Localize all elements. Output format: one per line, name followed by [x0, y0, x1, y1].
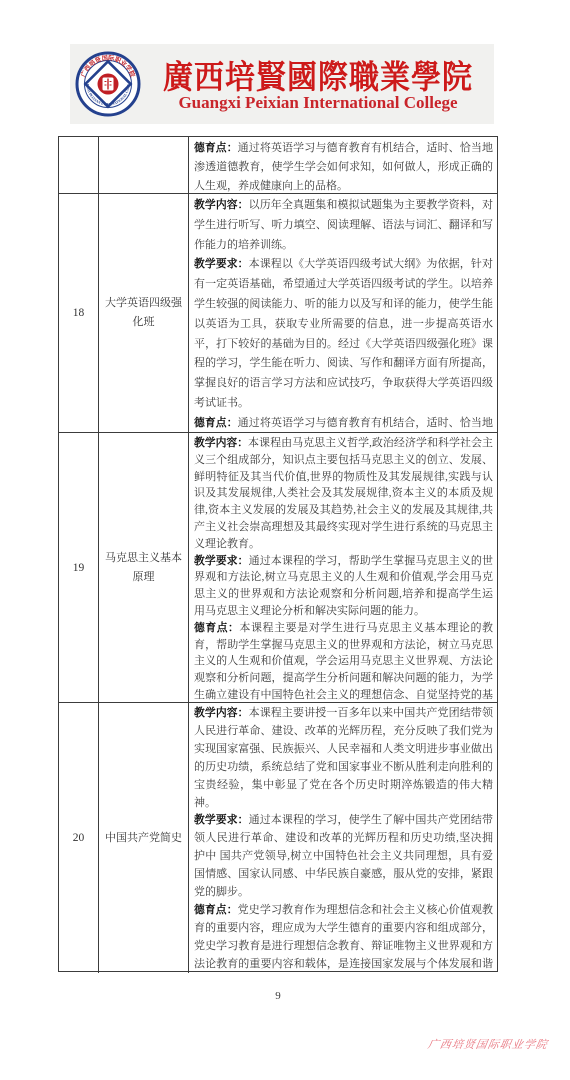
description-section: 德育点：本课程主要是对学生进行马克思主义基本理论的教育，帮助学生掌握马克思主义的…: [194, 620, 493, 702]
description-section: 德育点：通过将英语学习与德育教育有机结合，适时、恰当地渗透道德教育，使学生学会如…: [194, 414, 493, 432]
table-row: 德育点：通过将英语学习与德育教育有机结合，适时、恰当地渗透道德教育，使学生学会如…: [59, 137, 497, 194]
college-name-chinese: 廣西培賢國際職業學院: [146, 50, 490, 98]
description-section: 德育点：通过将英语学习与德育教育有机结合，适时、恰当地渗透道德教育，使学生学会如…: [194, 139, 493, 193]
table-row: 19 马克思主义基本原理 教学内容：本课程由马克思主义哲学,政治经济学和科学社会…: [59, 433, 497, 703]
description-section: 教学内容：本课程由马克思主义哲学,政治经济学和科学社会主义三个组成部分，知识点主…: [194, 435, 493, 553]
section-label: 教学要求：: [194, 555, 249, 567]
section-text: 本课程由马克思主义哲学,政治经济学和科学社会主义三个组成部分，知识点主要包括马克…: [194, 437, 493, 550]
course-description-cell: 教学内容：本课程主要讲授一百多年以来中国共产党团结带领人民进行革命、建设、改革的…: [189, 703, 497, 973]
description-section: 教学内容：本课程主要讲授一百多年以来中国共产党团结带领人民进行革命、建设、改革的…: [194, 705, 493, 812]
section-label: 教学内容：: [194, 707, 249, 719]
page-number: 9: [58, 990, 498, 1002]
section-label: 德育点：: [194, 622, 239, 634]
course-name-cell: 大学英语四级强化班: [99, 194, 189, 432]
course-description-cell: 德育点：通过将英语学习与德育教育有机结合，适时、恰当地渗透道德教育，使学生学会如…: [189, 137, 497, 193]
section-label: 教学内容：: [194, 199, 249, 211]
section-label: 德育点：: [194, 142, 238, 154]
course-number-cell: 20: [59, 703, 99, 973]
footer-watermark: 广西培贤国际职业学院: [427, 1036, 550, 1052]
course-table: 德育点：通过将英语学习与德育教育有机结合，适时、恰当地渗透道德教育，使学生学会如…: [58, 136, 498, 972]
course-number-cell: [59, 137, 99, 193]
section-text: 本课程以《大学英语四级考试大纲》为依据，针对有一定英语基础，希望通过大学英语四级…: [194, 258, 493, 409]
college-name-english: Guangxi Peixian International College: [146, 93, 490, 113]
course-number-cell: 18: [59, 194, 99, 432]
course-name-cell: 中国共产党简史: [99, 703, 189, 973]
section-label: 教学要求：: [194, 814, 249, 826]
table-row: 18 大学英语四级强化班 教学内容：以历年全真题集和模拟试题集为主要教学资料，对…: [59, 194, 497, 433]
table-row: 20 中国共产党简史 教学内容：本课程主要讲授一百多年以来中国共产党团结带领人民…: [59, 703, 497, 973]
section-text: 党史学习教育作为理想信念和社会主义核心价值观教育的重要内容，理应成为大学生德育的…: [194, 904, 493, 973]
section-text: 通过将英语学习与德育教育有机结合，适时、恰当地渗透道德教育，使学生学会如何求知，…: [194, 417, 493, 432]
college-seal-logo-icon: 广西培贤国际职业学院 GUANGXI PEIXIAN INTERNATIONAL…: [75, 51, 141, 117]
description-section: 教学要求：本课程以《大学英语四级考试大纲》为依据，针对有一定英语基础，希望通过大…: [194, 255, 493, 413]
section-text: 通过本课程的学习，使学生了解中国共产党团结带领人民进行革命、建设和改革的光辉历程…: [194, 814, 493, 898]
section-label: 教学要求：: [194, 258, 249, 270]
document-page: 广西培贤国际职业学院 GUANGXI PEIXIAN INTERNATIONAL…: [0, 0, 570, 1080]
course-description-cell: 教学内容：以历年全真题集和模拟试题集为主要教学资料，对学生进行听写、听力填空、阅…: [189, 194, 497, 432]
course-name-cell: [99, 137, 189, 193]
description-section: 教学要求：通过本课程的学习，使学生了解中国共产党团结带领人民进行革命、建设和改革…: [194, 812, 493, 902]
course-name-cell: 马克思主义基本原理: [99, 433, 189, 702]
section-text: 本课程主要讲授一百多年以来中国共产党团结带领人民进行革命、建设、改革的光辉历程，…: [194, 707, 493, 809]
course-description-cell: 教学内容：本课程由马克思主义哲学,政治经济学和科学社会主义三个组成部分，知识点主…: [189, 433, 497, 702]
course-number-cell: 19: [59, 433, 99, 702]
section-label: 德育点：: [194, 904, 238, 916]
description-section: 教学内容：以历年全真题集和模拟试题集为主要教学资料，对学生进行听写、听力填空、阅…: [194, 196, 493, 255]
section-text: 通过将英语学习与德育教育有机结合，适时、恰当地渗透道德教育，使学生学会如何求知，…: [194, 142, 493, 192]
section-text: 本课程主要是对学生进行马克思主义基本理论的教育，帮助学生掌握马克思主义的世界观和…: [194, 622, 493, 702]
section-label: 教学内容：: [194, 437, 248, 449]
description-section: 教学要求：通过本课程的学习，帮助学生掌握马克思主义的世界观和方法论,树立马克思主…: [194, 553, 493, 620]
college-header: 广西培贤国际职业学院 GUANGXI PEIXIAN INTERNATIONAL…: [70, 44, 494, 124]
section-label: 德育点：: [194, 417, 238, 429]
description-section: 德育点：党史学习教育作为理想信念和社会主义核心价值观教育的重要内容，理应成为大学…: [194, 902, 493, 973]
